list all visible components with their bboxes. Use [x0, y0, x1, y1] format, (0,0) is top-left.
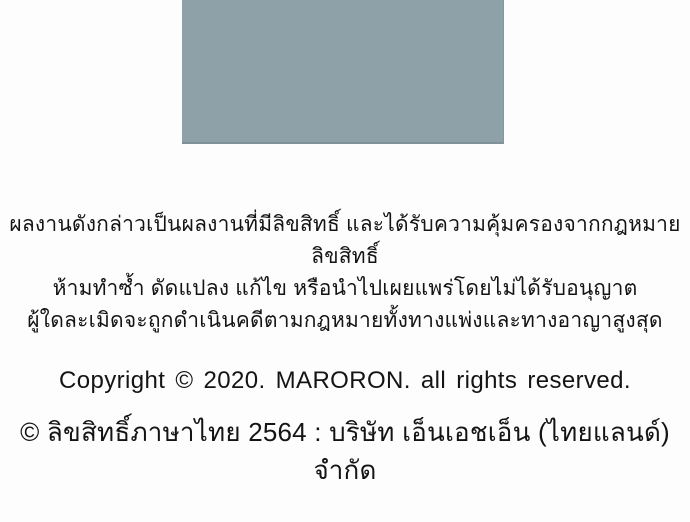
copyright-line-english: Copyright © 2020. MARORON. all rights re…: [0, 364, 690, 398]
notice-line-3: ผู้ใดละเมิดจะถูกดำเนินคดีตามกฎหมายทั้งทา…: [0, 305, 690, 337]
notice-line-2: ห้ามทำซ้ำ ดัดแปลง แก้ไข หรือนำไปเผยแพร่โ…: [0, 273, 690, 305]
copyright-page: ผลงานดังกล่าวเป็นผลงานที่มีลิขสิทธิ์ และ…: [0, 0, 690, 522]
copyright-line-thai: © ลิขสิทธิ์ภาษาไทย 2564 : บริษัท เอ็นเอช…: [0, 413, 690, 489]
copyright-notice-paragraph: ผลงานดังกล่าวเป็นผลงานที่มีลิขสิทธิ์ และ…: [0, 209, 690, 337]
notice-line-1: ผลงานดังกล่าวเป็นผลงานที่มีลิขสิทธิ์ และ…: [0, 209, 690, 273]
publisher-image-placeholder: [182, 0, 504, 144]
